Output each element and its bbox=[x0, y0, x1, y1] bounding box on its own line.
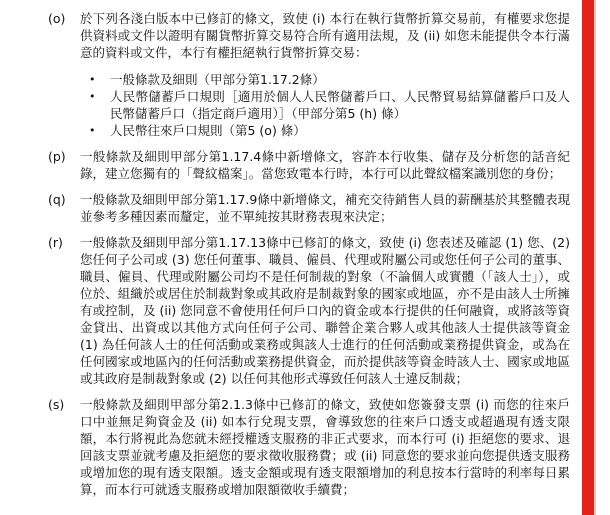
terms-text-block: (o) 於下列各淺白版本中已修訂的條文，致使 (i) 本行在執行貨幣折算交易前，… bbox=[48, 10, 570, 507]
clause-text: 一般條款及細則甲部分第1.17.9條中新增條文，補充交待銷售人員的薪酬基於其整體… bbox=[80, 191, 570, 225]
clause-body: 一般條款及細則甲部分第1.17.13條中已修訂的條文，致使 (i) 您表述及確認… bbox=[80, 234, 570, 387]
clause-label: (q) bbox=[48, 191, 80, 225]
red-accent-bar bbox=[582, 0, 596, 515]
list-item: • 人民幣儲蓄戶口規則［適用於個人人民幣儲蓄戶口、人民幣貿易結算儲蓄戶口及人民幣… bbox=[80, 88, 570, 122]
bullet-list: • 一般條款及細則（甲部分第1.17.2條） • 人民幣儲蓄戶口規則［適用於個人… bbox=[80, 71, 570, 139]
clause-q: (q) 一般條款及細則甲部分第1.17.9條中新增條文，補充交待銷售人員的薪酬基… bbox=[48, 191, 570, 225]
clause-o: (o) 於下列各淺白版本中已修訂的條文，致使 (i) 本行在執行貨幣折算交易前，… bbox=[48, 10, 570, 139]
clause-label: (s) bbox=[48, 396, 80, 498]
clause-text: 一般條款及細則甲部分第2.1.3條中已修訂的條文，致使如您簽發支票 (i) 而您… bbox=[80, 396, 570, 498]
clause-body: 一般條款及細則甲部分第1.17.4條中新增條文，容許本行收集、儲存及分析您的話音… bbox=[80, 148, 570, 182]
clause-label: (r) bbox=[48, 234, 80, 387]
clause-text: 一般條款及細則甲部分第1.17.13條中已修訂的條文，致使 (i) 您表述及確認… bbox=[80, 234, 570, 387]
bullet-text: 人民幣儲蓄戶口規則［適用於個人人民幣儲蓄戶口、人民幣貿易結算儲蓄戶口及人民幣儲蓄… bbox=[110, 88, 570, 122]
terms-document-page: { "page": { "accent_color": "#e2231a", "… bbox=[0, 0, 610, 515]
bullet-icon: • bbox=[80, 88, 110, 122]
bullet-text: 人民幣往來戶口規則（第5 (o) 條） bbox=[110, 122, 570, 139]
list-item: • 一般條款及細則（甲部分第1.17.2條） bbox=[80, 71, 570, 88]
clause-r: (r) 一般條款及細則甲部分第1.17.13條中已修訂的條文，致使 (i) 您表… bbox=[48, 234, 570, 387]
clause-label: (p) bbox=[48, 148, 80, 182]
clause-body: 一般條款及細則甲部分第2.1.3條中已修訂的條文，致使如您簽發支票 (i) 而您… bbox=[80, 396, 570, 498]
clause-body: 於下列各淺白版本中已修訂的條文，致使 (i) 本行在執行貨幣折算交易前，有權要求… bbox=[80, 10, 570, 139]
clause-body: 一般條款及細則甲部分第1.17.9條中新增條文，補充交待銷售人員的薪酬基於其整體… bbox=[80, 191, 570, 225]
bullet-icon: • bbox=[80, 71, 110, 88]
clause-text: 於下列各淺白版本中已修訂的條文，致使 (i) 本行在執行貨幣折算交易前，有權要求… bbox=[80, 10, 570, 61]
clause-text: 一般條款及細則甲部分第1.17.4條中新增條文，容許本行收集、儲存及分析您的話音… bbox=[80, 148, 570, 182]
clause-label: (o) bbox=[48, 10, 80, 139]
clause-s: (s) 一般條款及細則甲部分第2.1.3條中已修訂的條文，致使如您簽發支票 (i… bbox=[48, 396, 570, 498]
bullet-icon: • bbox=[80, 122, 110, 139]
bullet-text: 一般條款及細則（甲部分第1.17.2條） bbox=[110, 71, 570, 88]
clause-p: (p) 一般條款及細則甲部分第1.17.4條中新增條文，容許本行收集、儲存及分析… bbox=[48, 148, 570, 182]
list-item: • 人民幣往來戶口規則（第5 (o) 條） bbox=[80, 122, 570, 139]
